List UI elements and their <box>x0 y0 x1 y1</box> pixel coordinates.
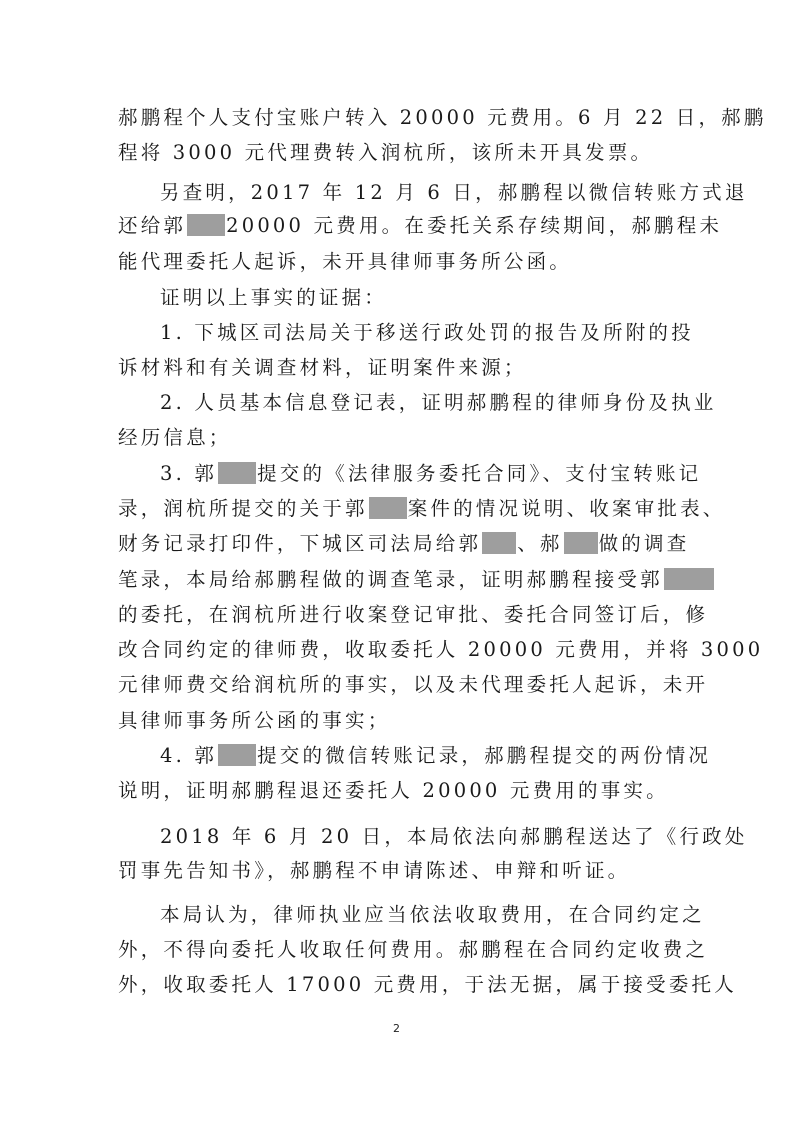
text-line: 本局认为，律师执业应当依法收取费用，在合同约定之 <box>160 903 676 927</box>
redaction-box <box>218 462 256 484</box>
evidence-item-4: 4. 郭提交的微信转账记录，郝鹏程提交的两份情况 <box>160 744 676 768</box>
text-fragment: 提交的微信转账记录，郝鹏程提交的两份情况 <box>257 744 711 767</box>
redaction-box <box>664 568 714 590</box>
text-line: 录，润杭所提交的关于郭案件的情况说明、收案审批表、 <box>118 497 676 521</box>
redaction-box <box>482 532 516 554</box>
text-line: 笔录，本局给郝鹏程做的调查笔录，证明郝鹏程接受郭 <box>118 568 676 592</box>
redaction-box <box>218 744 256 766</box>
text-fragment: 笔录，本局给郝鹏程做的调查笔录，证明郝鹏程接受郭 <box>118 568 663 591</box>
text-line: 财务记录打印件，下城区司法局给郭、郝做的调查 <box>118 532 676 556</box>
document-page: 郝鹏程个人支付宝账户转入 20000 元费用。6 月 22 日，郝鹏 程将 30… <box>0 0 793 1122</box>
text-line: 诉材料和有关调查材料，证明案件来源； <box>118 356 676 380</box>
text-fragment: 录，润杭所提交的关于郭 <box>118 497 368 520</box>
text-line: 罚事先告知书》，郝鹏程不申请陈述、申辩和听证。 <box>118 859 676 883</box>
text-line: 证明以上事实的证据： <box>160 286 676 310</box>
evidence-item-2: 2. 人员基本信息登记表，证明郝鹏程的律师身份及执业 <box>160 391 676 415</box>
text-line: 说明，证明郝鹏程退还委托人 20000 元费用的事实。 <box>118 779 676 803</box>
text-fragment: 财务记录打印件，下城区司法局给郭 <box>118 532 481 555</box>
text-line: 的委托，在润杭所进行收案登记审批、委托合同签订后，修 <box>118 603 676 627</box>
text-line: 元律师费交给润杭所的事实，以及未代理委托人起诉，未开 <box>118 673 676 697</box>
page-number: 2 <box>0 1022 793 1035</box>
text-fragment: 、郝 <box>517 532 562 555</box>
text-line: 具律师事务所公函的事实； <box>118 709 676 733</box>
text-line: 改合同约定的律师费，收取委托人 20000 元费用，并将 3000 <box>118 638 676 662</box>
text-fragment: 4. 郭 <box>160 744 217 767</box>
text-line: 经历信息； <box>118 426 676 450</box>
text-line: 2018 年 6 月 20 日，本局依法向郝鹏程送达了《行政处 <box>160 825 676 849</box>
text-fragment: 3. 郭 <box>160 462 217 485</box>
redaction-box <box>564 532 598 554</box>
redaction-box <box>187 214 225 236</box>
text-line: 另查明，2017 年 12 月 6 日，郝鹏程以微信转账方式退 <box>160 181 676 205</box>
text-line: 能代理委托人起诉，未开具律师事务所公函。 <box>118 250 676 274</box>
text-line: 外，不得向委托人收取任何费用。郝鹏程在合同约定收费之 <box>118 938 676 962</box>
text-fragment: 做的调查 <box>599 532 690 555</box>
evidence-item-3: 3. 郭提交的《法律服务委托合同》、支付宝转账记 <box>160 462 676 486</box>
text-fragment: 还给郭 <box>118 214 186 237</box>
text-fragment: 案件的情况说明、收案审批表、 <box>408 497 726 520</box>
text-fragment: 20000 元费用。在委托关系存续期间，郝鹏程未 <box>226 214 722 237</box>
text-line: 程将 3000 元代理费转入润杭所，该所未开具发票。 <box>118 141 676 165</box>
text-fragment: 提交的《法律服务委托合同》、支付宝转账记 <box>257 462 701 485</box>
redaction-box <box>369 497 407 519</box>
text-line: 郝鹏程个人支付宝账户转入 20000 元费用。6 月 22 日，郝鹏 <box>118 106 676 130</box>
text-line: 外，收取委托人 17000 元费用，于法无据，属于接受委托人 <box>118 973 676 997</box>
text-line: 还给郭20000 元费用。在委托关系存续期间，郝鹏程未 <box>118 214 676 238</box>
evidence-item-1: 1. 下城区司法局关于移送行政处罚的报告及所附的投 <box>160 321 676 345</box>
